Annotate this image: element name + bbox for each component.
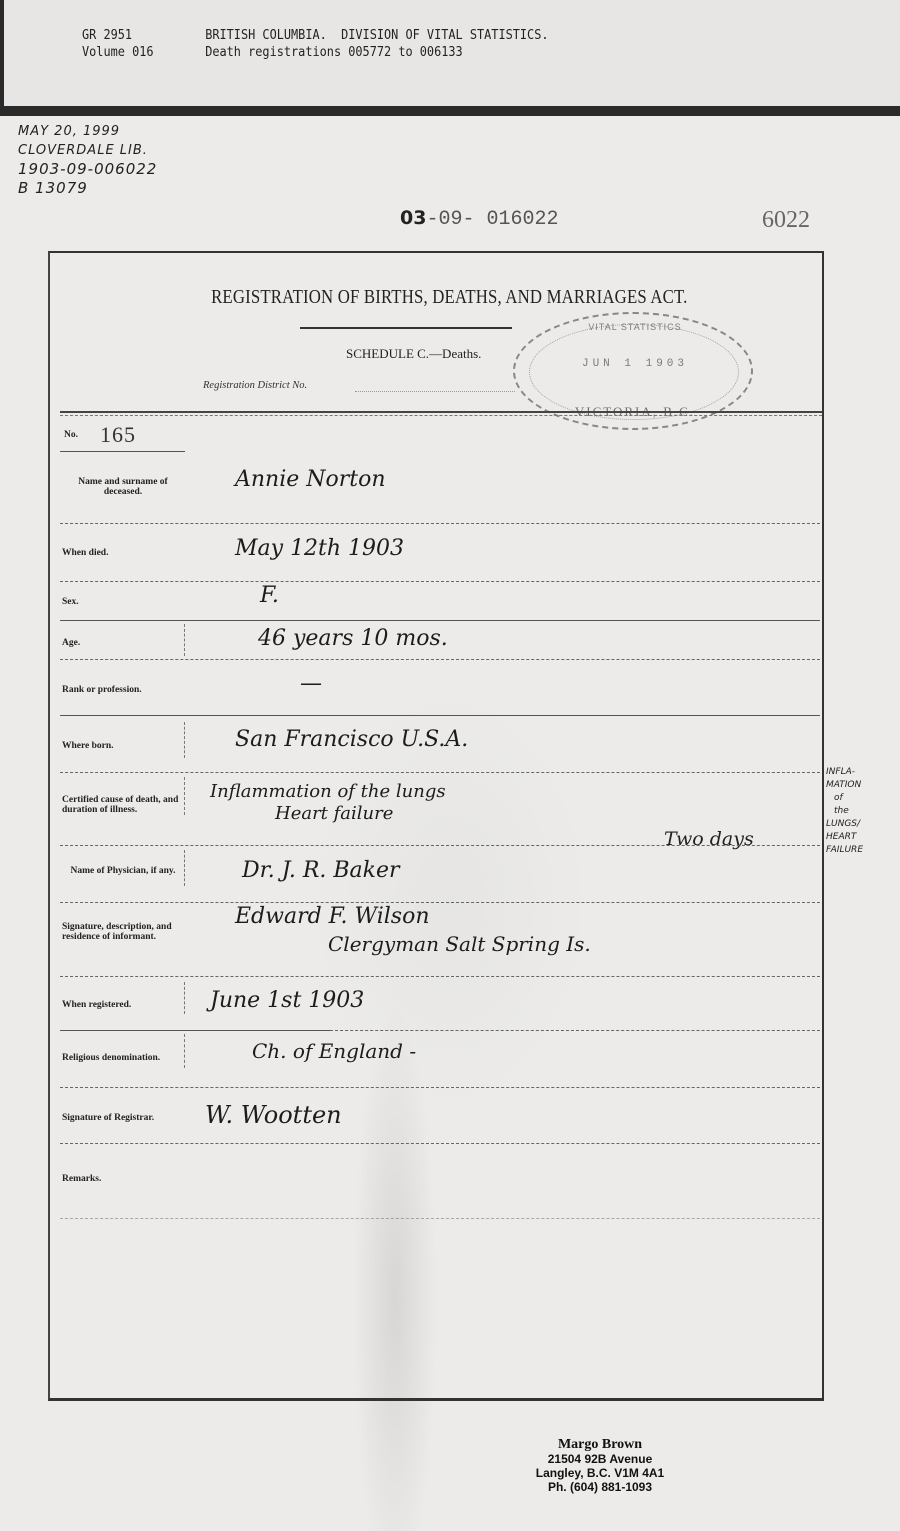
- short-reference-number: 6022: [762, 207, 810, 234]
- death-registration-form: [48, 251, 824, 1401]
- header-divider: [0, 106, 900, 116]
- registration-date: June 1st 1903: [210, 988, 364, 1013]
- physician-name: Dr. J. R. Baker: [242, 858, 400, 883]
- profession-value: —: [300, 671, 322, 696]
- registrar-signature: W. Wootten: [205, 1101, 342, 1129]
- researcher-phone: Ph. (604) 881-1093: [480, 1480, 720, 1494]
- registration-reference-number: 03-09- 016022: [400, 207, 558, 231]
- archive-header: GR 2951BRITISH COLUMBIA. DIVISION OF VIT…: [0, 0, 900, 108]
- series-id: GR 2951: [82, 27, 205, 44]
- handwritten-annotation: MAY 20, 1999 CLOVERDALE LIB. 1903-09-006…: [18, 122, 157, 198]
- informant-description: Clergyman Salt Spring Is.: [328, 932, 591, 956]
- volume-id: Volume 016: [82, 44, 205, 61]
- religion-value: Ch. of England -: [252, 1039, 416, 1063]
- age-value: 46 years 10 mos.: [258, 626, 448, 651]
- margin-annotation: INFLA- MATION of the LUNGS/ HEART FAILUR…: [826, 766, 863, 857]
- informant-signature: Edward F. Wilson: [235, 904, 430, 929]
- cause-of-death-secondary: Heart failure: [275, 803, 393, 824]
- schedule-label: SCHEDULE C.—Deaths.: [346, 346, 481, 362]
- agency-name: BRITISH COLUMBIA. DIVISION OF VITAL STAT…: [205, 27, 548, 43]
- cause-of-death-value: Inflammation of the lungs: [210, 781, 446, 802]
- registration-range: Death registrations 005772 to 006133: [205, 44, 462, 60]
- researcher-name: Margo Brown: [480, 1437, 720, 1452]
- registration-number: 165: [100, 422, 136, 448]
- sex-value: F.: [260, 583, 279, 608]
- form-header-rule: [60, 411, 822, 413]
- form-title: REGISTRATION OF BIRTHS, DEATHS, AND MARR…: [62, 287, 836, 309]
- researcher-street: 21504 92B Avenue: [480, 1452, 720, 1466]
- researcher-address-stamp: Margo Brown 21504 92B Avenue Langley, B.…: [480, 1437, 720, 1494]
- district-blank-line: [355, 391, 515, 392]
- district-label: Registration District No.: [203, 380, 307, 391]
- birthplace-value: San Francisco U.S.A.: [235, 727, 468, 752]
- date-of-death: May 12th 1903: [235, 536, 404, 561]
- title-divider: [300, 327, 512, 329]
- illness-duration: Two days: [664, 828, 754, 850]
- deceased-name: Annie Norton: [235, 467, 386, 492]
- researcher-city: Langley, B.C. V1M 4A1: [480, 1466, 720, 1480]
